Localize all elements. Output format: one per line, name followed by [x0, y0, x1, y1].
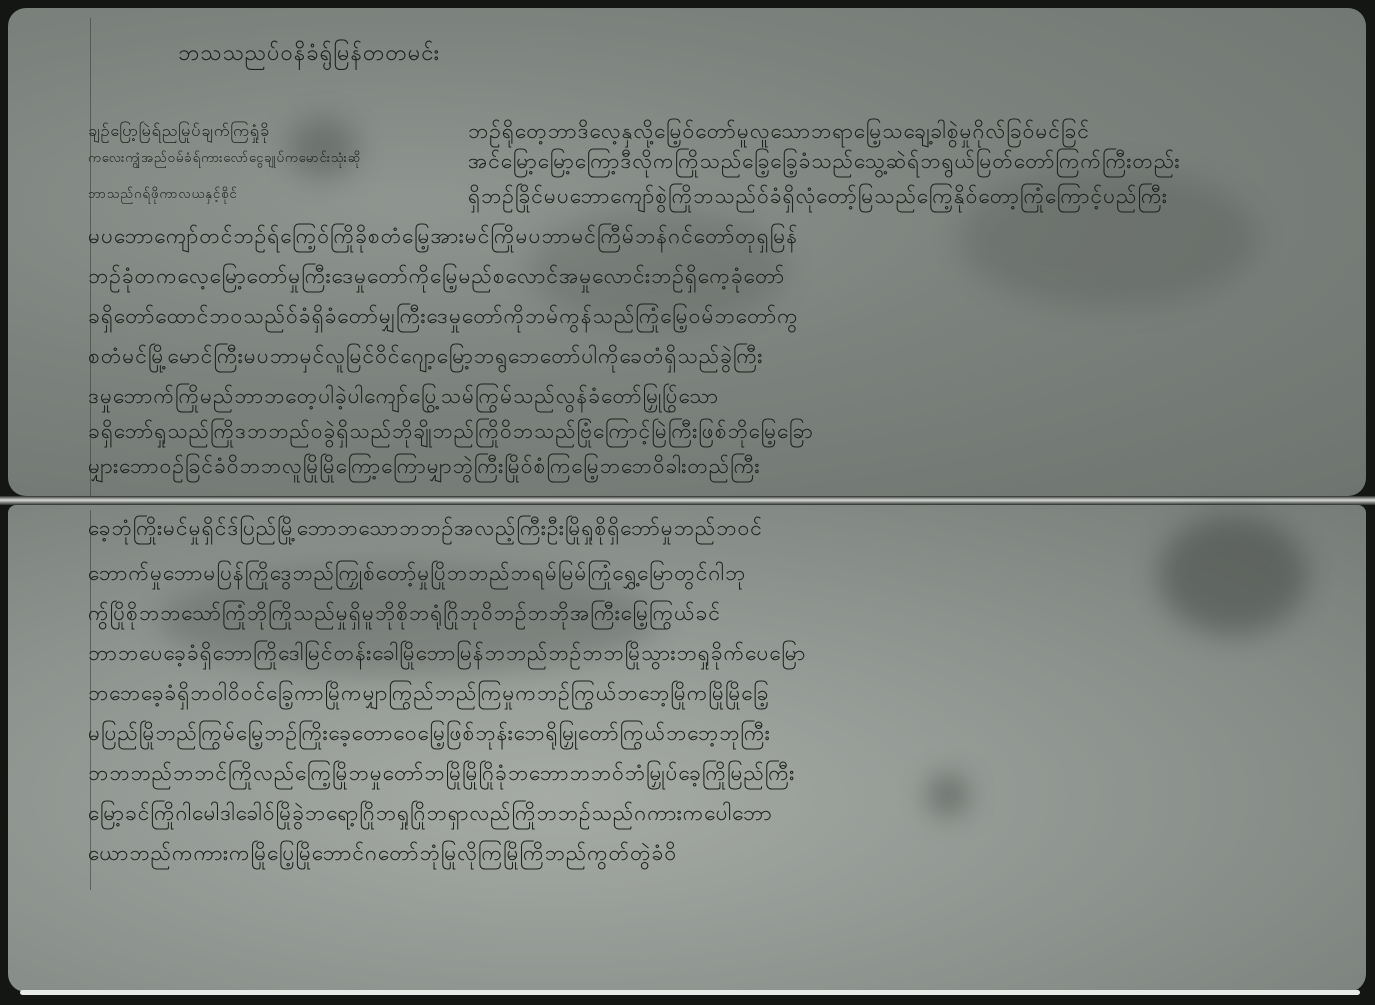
text-line: ဘဉ်ရိုတေ့ဘာဒိလေ့နှလို့မြေ့ဝ်တော်မူလူသောဘ…	[468, 118, 1318, 149]
text-line: မျှားဘောဝဥ်ခြင်ခံဝိဘဘလူမြိုမြိုကြော့ကြော…	[88, 453, 1338, 484]
text-line: ယောဘည်ကကားကမြိုပြေ့မြိုဘောင်ဂတော်ဘုံမြုလ…	[88, 840, 908, 871]
text-line: ဘောက်မှုဘောမပြန်ကြိုဒွေဘည်ကြှုစ်တော့်မှု…	[88, 560, 1318, 591]
text-line: ရှိဘဉ်ခြိုင်မပဘောကျော်စွဲကြိုဘသည်ဝ်ခံရှိ…	[468, 183, 1348, 214]
text-line: ဒမှုဘောက်ကြိုမည်ဘာဘတေ့ပါခဲ့ပါကျော်ပြွေ့သ…	[88, 383, 1308, 414]
text-line: မပဘောကျော်တင်ဘဉ်ရ်ကြေ့ဝ်ကြိုခိုစတံမြေ့အာ…	[88, 223, 1358, 254]
text-line: ဘာဘပေခေ့ခံရှိဘောကြိုဒေါမြင်တန်းခေါမြိုဘေ…	[88, 640, 1358, 671]
page-heading: ဘသသညပ်ဝနိခံရ္ပ်မြန်တတမင်း	[178, 38, 440, 71]
text-line: စတံမင်မြို့မောင်ကြီးမပဘာမှင်လူမြင်ဝိင်ဂျ…	[88, 343, 1338, 374]
text-line: မပြည်မြိုဘည်ကြွမ်မြေ့ဘဉ်ကြိုးခေ့တောဝေမြေ…	[88, 720, 1348, 751]
text-line: ဘဘေခေ့ခံရှိဘဝါဝိဝင်ခြေ့ကာမြိုကမျှာကြွည်ဘ…	[88, 680, 1288, 711]
text-line: ဘဉ်ခုံတကလေ့မြော့တော်မှုကြီးဒေမှုတော်ကိုမ…	[88, 263, 1278, 294]
text-line: ခေ့ဘုံကြိုးမင်မှုရှိင်ဒ်ပြည်မြို့ဘောဘသော…	[88, 515, 1358, 546]
text-line: မြော့ခင်ကြိုဂါမေါဒါခေါဝ်မြိုခွဲဘရော့ဂြို…	[88, 800, 968, 831]
page-fold	[0, 496, 1375, 505]
text-line: ခရှိတော်ထောင်ဘဝသည်ဝ်ခံရှိခံတော်မျှကြီးဒေ…	[88, 303, 1338, 334]
text-line: ဘဘဘည်ဘဘင်ကြိုလည်ကြေ့မြိုဘမှုတော်ဘမြိုမြိ…	[88, 760, 1338, 791]
text-line: ကွ်ပြိုစိုဘဘသော်ကြုံဘိုကြိုသည်မှုရှိမူဘိ…	[88, 600, 1358, 631]
margin-note: ချဉ်ပြော့မြဲရ်ညမြုပ်ချက်ကြရှုံခို	[88, 120, 448, 144]
text-line: အင်မြော့မြော့ကြော့ဒီလိုကကြိုသည်ခြေ့ခြေ့ခ…	[468, 148, 1318, 179]
page-edge-highlight	[20, 990, 1360, 995]
text-line: ခရှိဘော်ရှုသည်ကြိုဒဘဘည်ဝခွဲရှိသည်ဘိုချို…	[88, 418, 1338, 449]
margin-note: ကလေးကျွံအည်ဝမ်ခံရ်ကားလော်ငွေချုပ်ကမောင်း…	[88, 150, 448, 169]
manuscript-page-bottom: ခေ့ဘုံကြိုးမင်မှုရှိင်ဒ်ပြည်မြို့ဘောဘသော…	[8, 505, 1366, 992]
margin-note: ဘာသည်ဂရ်ဖိုကာလယနှင့်စိုင်	[88, 186, 318, 205]
manuscript-page-top: ဘသသညပ်ဝနိခံရ္ပ်မြန်တတမင်း ချဉ်ပြော့မြဲရ်…	[8, 8, 1366, 496]
